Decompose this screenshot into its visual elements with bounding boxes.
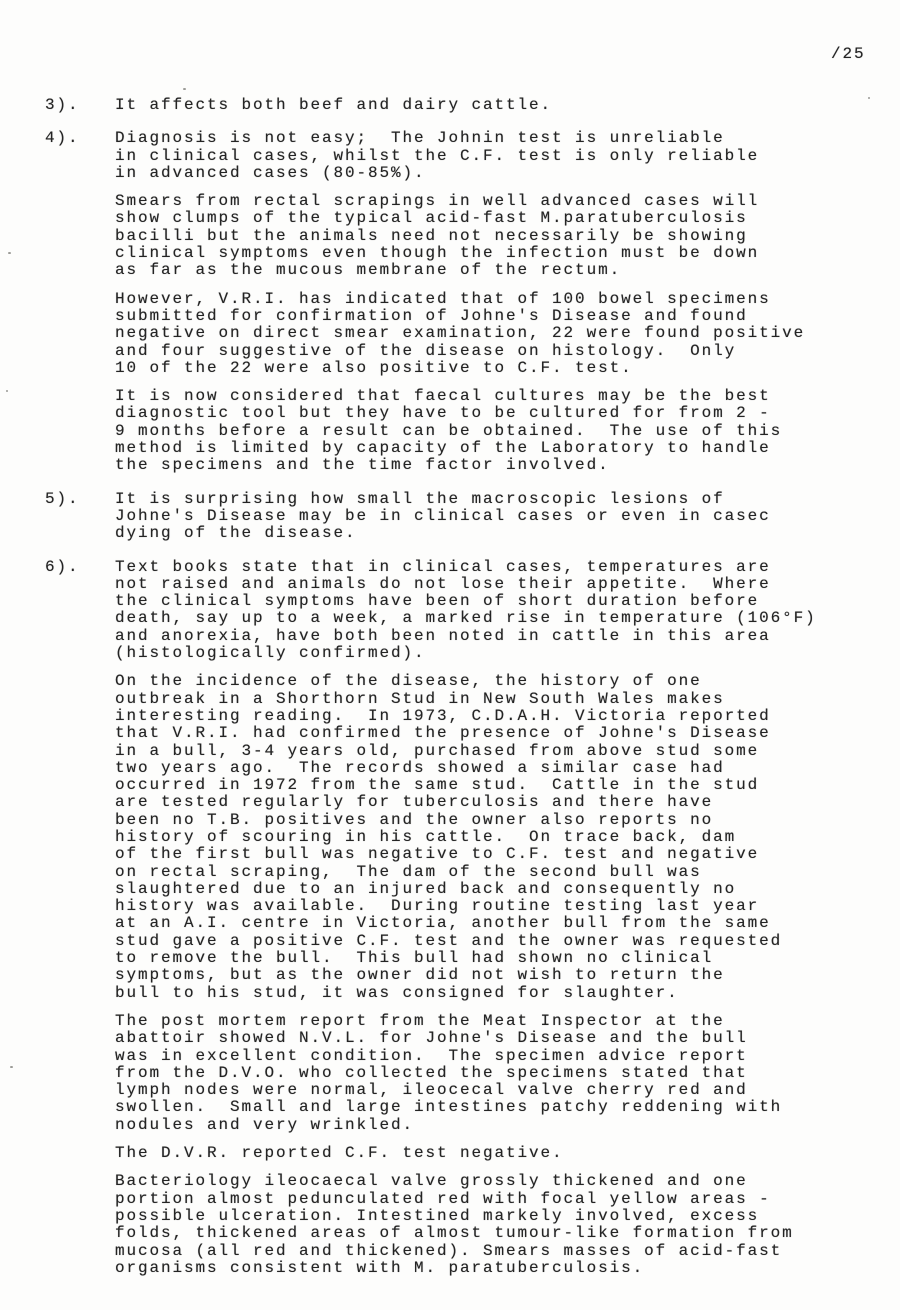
item-number: 6). bbox=[45, 559, 115, 576]
scan-speckle bbox=[183, 88, 186, 90]
scan-speckle bbox=[868, 97, 870, 99]
scanned-document-page: /25 3). It affects both beef and dairy c… bbox=[0, 0, 900, 1310]
document-body: 3). It affects both beef and dairy cattl… bbox=[45, 97, 855, 1293]
paragraph: On the incidence of the disease, the his… bbox=[115, 673, 855, 1002]
paragraph: Bacteriology ileocaecal valve grossly th… bbox=[115, 1173, 855, 1277]
item-text: It affects both beef and dairy cattle. bbox=[115, 97, 855, 125]
paragraph: The D.V.R. reported C.F. test negative. bbox=[115, 1145, 855, 1162]
paragraph: The post mortem report from the Meat Ins… bbox=[115, 1013, 855, 1134]
numbered-item-3: 3). It affects both beef and dairy cattl… bbox=[45, 97, 855, 125]
numbered-item-4: 4). Diagnosis is not easy; The Johnin te… bbox=[45, 130, 855, 485]
scan-speckle bbox=[10, 1066, 13, 1068]
paragraph: Diagnosis is not easy; The Johnin test i… bbox=[115, 130, 855, 182]
numbered-item-5: 5). It is surprising how small the macro… bbox=[45, 491, 855, 554]
paragraph: However, V.R.I. has indicated that of 10… bbox=[115, 291, 855, 377]
paragraph: Text books state that in clinical cases,… bbox=[115, 559, 855, 663]
paragraph: It is surprising how small the macroscop… bbox=[115, 491, 855, 543]
numbered-item-6: 6). Text books state that in clinical ca… bbox=[45, 559, 855, 1289]
item-text: It is surprising how small the macroscop… bbox=[115, 491, 855, 554]
item-number: 5). bbox=[45, 491, 115, 508]
paragraph: It affects both beef and dairy cattle. bbox=[115, 97, 855, 114]
item-number: 4). bbox=[45, 130, 115, 147]
page-number: /25 bbox=[831, 46, 866, 63]
scan-speckle bbox=[8, 252, 11, 254]
paragraph: Smears from rectal scrapings in well adv… bbox=[115, 193, 855, 279]
scan-speckle bbox=[6, 390, 8, 392]
paragraph: It is now considered that faecal culture… bbox=[115, 388, 855, 474]
item-text: Text books state that in clinical cases,… bbox=[115, 559, 855, 1289]
item-number: 3). bbox=[45, 97, 115, 114]
item-text: Diagnosis is not easy; The Johnin test i… bbox=[115, 130, 855, 485]
